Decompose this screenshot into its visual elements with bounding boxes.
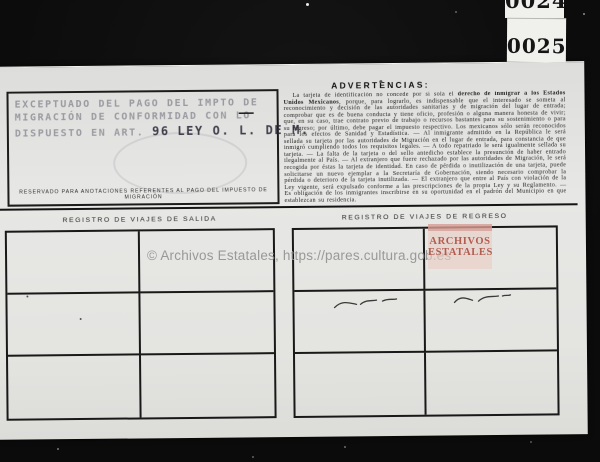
tax-stamp-article-number: 96	[152, 124, 170, 138]
archive-number: 0024	[505, 0, 564, 13]
advertencias-body-post: , porque, para lograrlo, es indispensabl…	[284, 97, 567, 204]
dust-speck	[57, 448, 59, 450]
salida-cell	[141, 354, 275, 417]
dust-speck	[530, 441, 532, 443]
salida-cell	[8, 355, 142, 418]
archive-number: 0025	[507, 34, 566, 58]
handwritten-mark	[330, 295, 406, 312]
archive-number-strip: 0025	[507, 18, 566, 62]
dust-speck	[252, 456, 254, 458]
ink-mark: —	[239, 104, 254, 121]
salida-cell	[7, 231, 141, 294]
regreso-cell	[426, 351, 558, 414]
tax-stamp-line-1: EXCEPTUADO DEL PAGO DEL IMPTO DE	[15, 97, 271, 110]
regreso-table-title: REGISTRO DE VIAJES DE REGRESO	[292, 212, 558, 222]
advertencias-body: La tarjeta de identificación no concede …	[283, 90, 566, 209]
handwritten-mark	[450, 291, 512, 308]
archive-number-strip: 0024	[505, 0, 564, 18]
dust-speck	[306, 3, 309, 6]
dust-speck	[455, 11, 457, 13]
dust-speck	[80, 318, 82, 320]
tax-stamp-box: EXCEPTUADO DEL PAGO DEL IMPTO DE MIGRACI…	[6, 89, 279, 207]
salida-cell	[7, 293, 141, 356]
stamp-box-caption: RESERVADO PARA ANOTACIONES REFERENTES AL…	[9, 187, 277, 202]
photo-background: EXCEPTUADO DEL PAGO DEL IMPTO DE MIGRACI…	[0, 0, 600, 462]
tax-stamp-line-3-pre: DISPUESTO EN ART.	[15, 127, 145, 139]
tax-stamp-line-3: DISPUESTO EN ART. 96 LEY O. L. DE M.	[15, 123, 271, 139]
dust-speck	[583, 13, 585, 15]
watermark-line-1: ARCHIVOS	[428, 236, 492, 247]
dust-speck	[26, 296, 28, 298]
archivos-estatales-watermark: ARCHIVOS ESTATALES	[428, 224, 492, 269]
faint-round-seal	[113, 131, 248, 194]
regreso-cell	[295, 353, 427, 416]
salida-cell	[140, 292, 274, 355]
watermark-header-bar	[428, 224, 492, 231]
copyright-watermark: © Archivos Estatales, https://pares.cult…	[147, 248, 451, 263]
salida-table-title: REGISTRO DE VIAJES DE SALIDA	[5, 215, 275, 225]
tax-stamp-line-2: MIGRACIÓN DE CONFORMIDAD CON LO	[15, 110, 271, 123]
watermark-line-2: ESTATALES	[428, 247, 492, 258]
ink-blot	[379, 80, 382, 83]
dust-speck	[344, 446, 346, 448]
